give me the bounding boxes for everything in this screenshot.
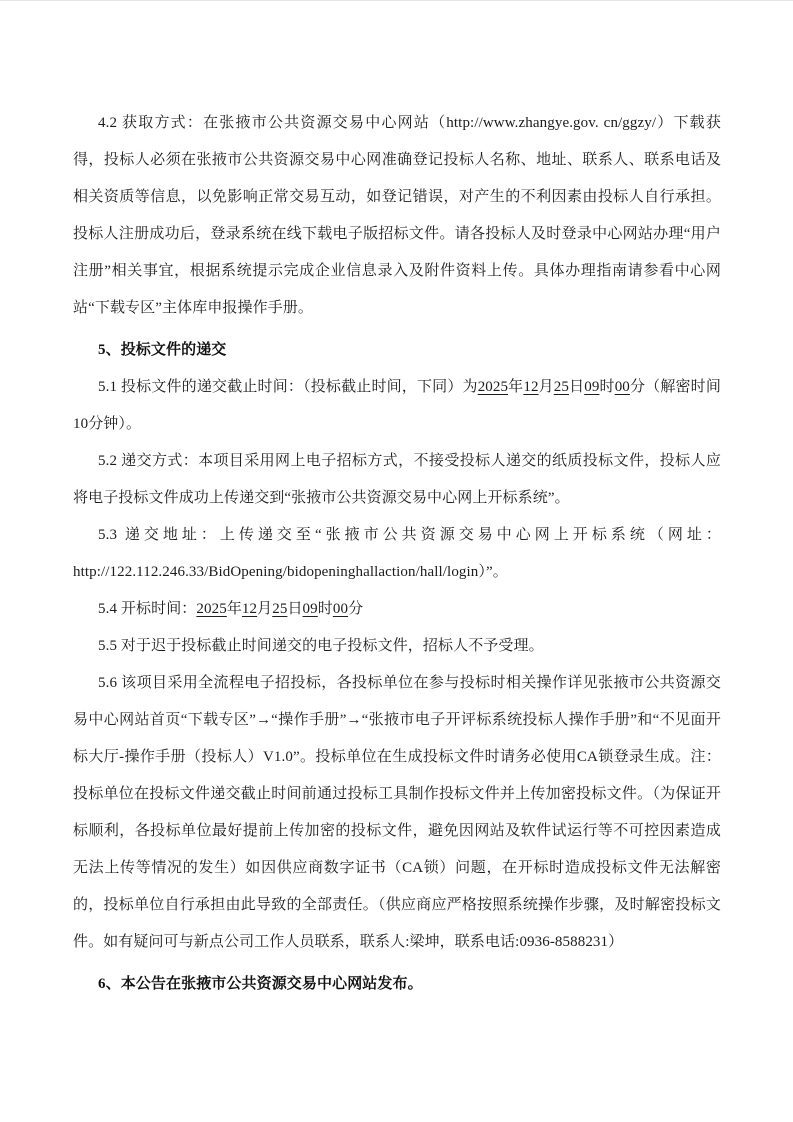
underlined-value: 00	[333, 601, 348, 617]
text-run: 5、投标文件的递交	[98, 342, 226, 358]
underlined-value: 12	[523, 379, 538, 395]
text-run: 日	[569, 379, 584, 395]
document-page: 4.2 获取方式：在张掖市公共资源交易中心网站（http://www.zhang…	[0, 0, 793, 1122]
section-heading: 6、本公告在张掖市公共资源交易中心网站发布。	[73, 966, 721, 1003]
paragraph: 4.2 获取方式：在张掖市公共资源交易中心网站（http://www.zhang…	[73, 105, 721, 327]
underlined-value: 2025	[478, 379, 508, 395]
text-run: 月	[539, 379, 554, 395]
text-run: 年	[508, 379, 523, 395]
text-run: 4.2 获取方式：在张掖市公共资源交易中心网站（http://www.zhang…	[73, 115, 721, 316]
underlined-value: 09	[584, 379, 599, 395]
text-run: 日	[287, 601, 302, 617]
underlined-value: 25	[272, 601, 287, 617]
text-run: 分	[348, 601, 363, 617]
underlined-value: 25	[554, 379, 569, 395]
text-run: 时	[599, 379, 614, 395]
text-run: 5.1 投标文件的递交截止时间：（投标截止时间，下同）为	[98, 379, 478, 395]
text-run: 5.5 对于迟于投标截止时间递交的电子投标文件，招标人不予受理。	[98, 638, 544, 654]
underlined-value: 2025	[196, 601, 226, 617]
section-heading: 5、投标文件的递交	[73, 332, 721, 369]
underlined-value: 00	[615, 379, 630, 395]
text-run: 5.4 开标时间：	[98, 601, 196, 617]
text-run: 年	[227, 601, 242, 617]
paragraph: 5.2 递交方式：本项目采用网上电子招标方式，不接受投标人递交的纸质投标文件，投…	[73, 443, 721, 517]
paragraph: 5.6 该项目采用全流程电子招投标，各投标单位在参与投标时相关操作详见张掖市公共…	[73, 665, 721, 961]
text-run: 6、本公告在张掖市公共资源交易中心网站发布。	[98, 976, 423, 992]
text-run: 5.2 递交方式：本项目采用网上电子招标方式，不接受投标人递交的纸质投标文件，投…	[73, 453, 721, 506]
text-run: 5.3 递交地址：上传递交至“张掖市公共资源交易中心网上开标系统（网址：http…	[73, 527, 721, 580]
document-body: 4.2 获取方式：在张掖市公共资源交易中心网站（http://www.zhang…	[73, 105, 721, 1003]
paragraph: 5.5 对于迟于投标截止时间递交的电子投标文件，招标人不予受理。	[73, 628, 721, 665]
paragraph: 5.4 开标时间：2025年12月25日09时00分	[73, 591, 721, 628]
underlined-value: 12	[242, 601, 257, 617]
paragraph: 5.3 递交地址：上传递交至“张掖市公共资源交易中心网上开标系统（网址：http…	[73, 517, 721, 591]
text-run: 月	[257, 601, 272, 617]
text-run: 时	[318, 601, 333, 617]
underlined-value: 09	[303, 601, 318, 617]
text-run: 5.6 该项目采用全流程电子招投标，各投标单位在参与投标时相关操作详见张掖市公共…	[73, 675, 721, 950]
paragraph: 5.1 投标文件的递交截止时间：（投标截止时间，下同）为2025年12月25日0…	[73, 369, 721, 443]
